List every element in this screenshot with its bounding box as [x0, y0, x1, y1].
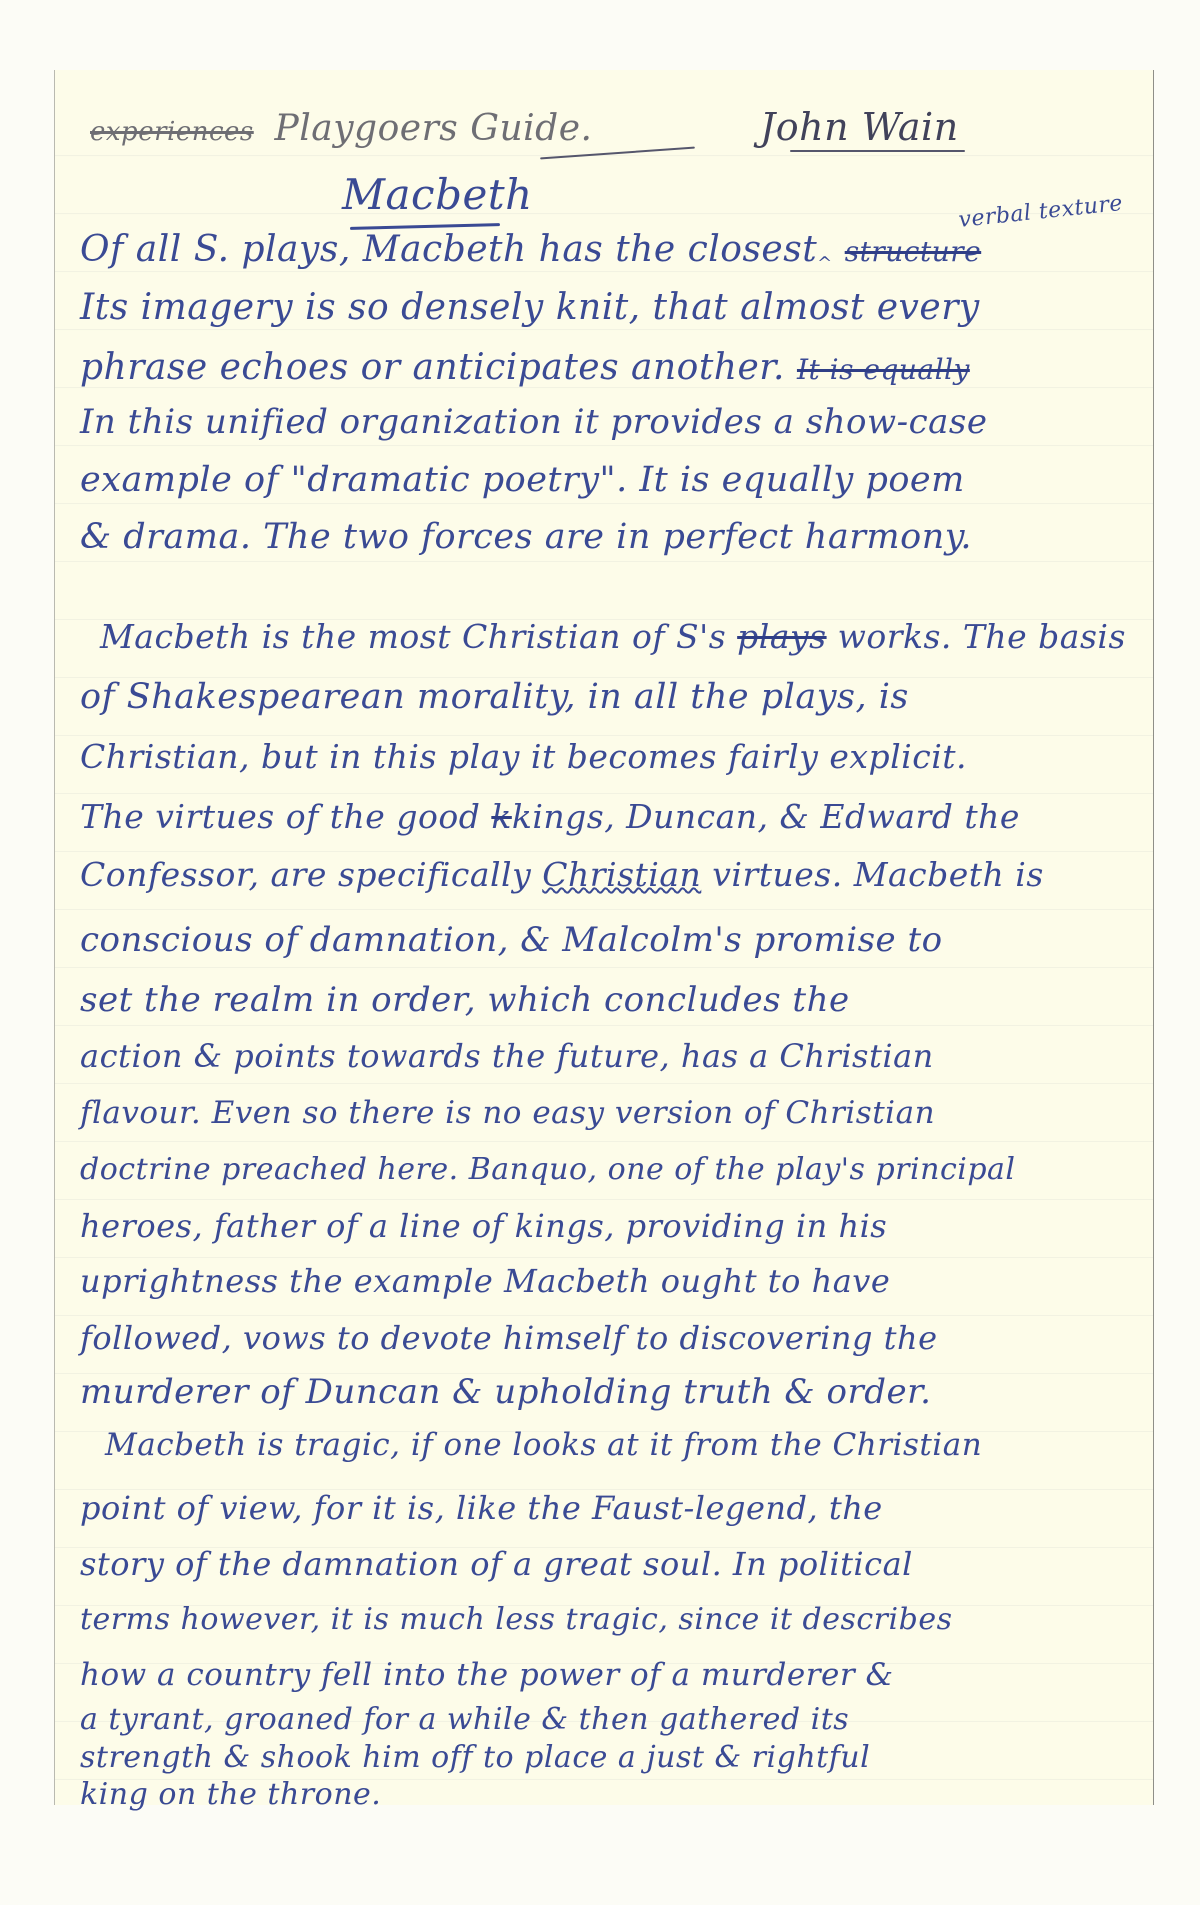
line-text: followed, vows to devote himself to disc…	[80, 1319, 938, 1357]
line-text: works. The basis	[838, 617, 1126, 656]
text-line: murderer of Duncan & upholding truth & o…	[80, 1375, 931, 1409]
line-text: point of view, for it is, like the Faust…	[80, 1489, 883, 1527]
line-text: example of "dramatic poetry". It is equa…	[80, 460, 965, 500]
text-line: The virtues of the good kkings, Duncan, …	[80, 800, 1020, 833]
text-line: king on the throne.	[80, 1780, 381, 1810]
text-line: action & points towards the future, has …	[80, 1040, 934, 1072]
line-text: conscious of damnation, & Malcolm's prom…	[80, 920, 943, 960]
text-line: flavour. Even so there is no easy versio…	[80, 1098, 935, 1129]
line-text: story of the damnation of a great soul. …	[80, 1545, 913, 1583]
text-line: Confessor, are specifically Christian vi…	[80, 858, 1044, 891]
author-underline	[790, 150, 965, 152]
header-line: experiences Playgoers Guide.	[90, 108, 592, 149]
series-title: Playgoers Guide.	[275, 108, 593, 149]
author-name: John Wain	[760, 105, 959, 149]
text-line: uprightness the example Macbeth ought to…	[80, 1265, 890, 1297]
text-line: of Shakespearean morality, in all the pl…	[80, 680, 909, 715]
line-text: Christian, but in this play it becomes f…	[80, 737, 967, 776]
text-line: set the realm in order, which concludes …	[80, 983, 850, 1017]
line-text: & drama. The two forces are in perfect h…	[80, 517, 972, 557]
line-text: action & points towards the future, has …	[80, 1037, 934, 1075]
text-line: how a country fell into the power of a m…	[80, 1660, 894, 1691]
line-text: strength & shook him off to place a just…	[80, 1740, 870, 1775]
line-text: flavour. Even so there is no easy versio…	[80, 1095, 935, 1131]
wavy-underlined-word: Christian	[542, 855, 701, 894]
text-line: terms however, it is much less tragic, s…	[80, 1605, 952, 1635]
line-text: virtues. Macbeth is	[712, 855, 1044, 894]
line-text: The virtues of the good	[80, 797, 480, 836]
text-line: Its imagery is so densely knit, that alm…	[80, 290, 980, 326]
page-title: Macbeth	[342, 170, 533, 219]
line-text: set the realm in order, which concludes …	[80, 980, 850, 1020]
line-text: heroes, father of a line of kings, provi…	[80, 1207, 887, 1245]
line-text: In this unified organization it provides…	[80, 402, 988, 442]
line-text: Its imagery is so densely knit, that alm…	[80, 287, 980, 328]
line-text: uprightness the example Macbeth ought to…	[80, 1262, 890, 1300]
struck-letter: k	[491, 797, 512, 836]
line-text: Macbeth is the most Christian of S's	[100, 617, 726, 656]
text-line: & drama. The two forces are in perfect h…	[80, 520, 972, 555]
insertion-caret: ^	[817, 253, 833, 274]
text-line: Christian, but in this play it becomes f…	[80, 740, 967, 773]
struck-word: It is equally	[797, 353, 970, 386]
text-line: example of "dramatic poetry". It is equa…	[80, 463, 965, 498]
line-text: doctrine preached here. Banquo, one of t…	[80, 1152, 1016, 1187]
text-line: Macbeth is the most Christian of S's pla…	[100, 620, 1126, 653]
line-text: phrase echoes or anticipates another.	[80, 347, 785, 388]
text-line: strength & shook him off to place a just…	[80, 1743, 870, 1773]
struck-word: structure	[845, 235, 981, 268]
text-line: phrase echoes or anticipates another. It…	[80, 350, 970, 386]
text-line: doctrine preached here. Banquo, one of t…	[80, 1155, 1016, 1185]
text-line: followed, vows to devote himself to disc…	[80, 1322, 938, 1354]
text-line: story of the damnation of a great soul. …	[80, 1548, 913, 1580]
text-line: conscious of damnation, & Malcolm's prom…	[80, 923, 943, 957]
line-text: a tyrant, groaned for a while & then gat…	[80, 1702, 849, 1737]
line-text: kings, Duncan, & Edward the	[512, 797, 1020, 836]
line-text: king on the throne.	[80, 1777, 381, 1812]
text-line: Macbeth is tragic, if one looks at it fr…	[105, 1430, 982, 1461]
line-text: terms however, it is much less tragic, s…	[80, 1602, 952, 1637]
text-line: In this unified organization it provides…	[80, 405, 988, 439]
line-text: Confessor, are specifically	[80, 855, 531, 894]
text-line: point of view, for it is, like the Faust…	[80, 1492, 883, 1524]
text-line: heroes, father of a line of kings, provi…	[80, 1210, 887, 1242]
line-text: of Shakespearean morality, in all the pl…	[80, 677, 909, 717]
text-line: Of all S. plays, Macbeth has the closest…	[80, 232, 981, 273]
line-text: Macbeth is tragic, if one looks at it fr…	[105, 1427, 982, 1463]
line-text: how a country fell into the power of a m…	[80, 1657, 894, 1693]
line-text: murderer of Duncan & upholding truth & o…	[80, 1372, 931, 1412]
text-line: a tyrant, groaned for a while & then gat…	[80, 1705, 849, 1735]
line-text: Of all S. plays, Macbeth has the closest	[80, 229, 817, 270]
header-crossed-out-word: experiences	[90, 117, 254, 147]
struck-word: plays	[737, 617, 826, 656]
